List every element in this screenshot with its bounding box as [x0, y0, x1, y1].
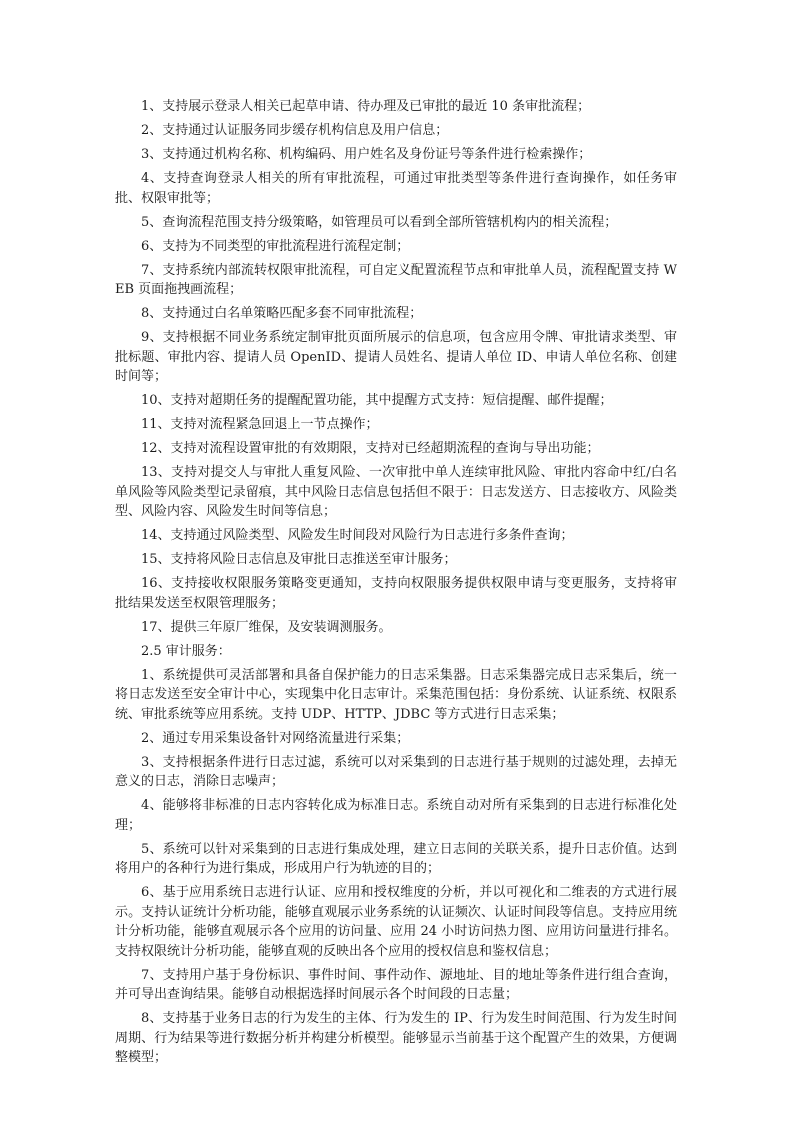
audit-item-3: 3、支持根据条件进行日志过滤，系统可以对采集到的日志进行基于规则的过滤处理，去掉…: [115, 753, 677, 792]
approval-item-2: 2、支持通过认证服务同步缓存机构信息及用户信息；: [115, 121, 677, 141]
document-page: 1、支持展示登录人相关已起草申请、待办理及已审批的最近 10 条审批流程； 2、…: [115, 97, 677, 1072]
approval-item-4: 4、支持查询登录人相关的所有审批流程，可通过审批类型等条件进行查询操作，如任务审…: [115, 169, 677, 208]
audit-item-4: 4、能够将非标准的日志内容转化成为标准日志。系统自动对所有采集到的日志进行标准化…: [115, 796, 677, 835]
approval-item-11: 11、支持对流程紧急回退上一节点操作；: [115, 415, 677, 435]
approval-item-6: 6、支持为不同类型的审批流程进行流程定制；: [115, 237, 677, 257]
approval-item-3: 3、支持通过机构名称、机构编码、用户姓名及身份证号等条件进行检索操作；: [115, 145, 677, 165]
approval-item-16: 16、支持接收权限服务策略变更通知，支持向权限服务提供权限申请与变更服务，支持将…: [115, 574, 677, 613]
approval-item-10: 10、支持对超期任务的提醒配置功能，其中提醒方式支持：短信提醒、邮件提醒；: [115, 391, 677, 411]
audit-item-8: 8、支持基于业务日志的行为发生的主体、行为发生的 IP、行为发生时间范围、行为发…: [115, 1009, 677, 1068]
approval-item-12: 12、支持对流程设置审批的有效期限，支持对已经超期流程的查询与导出功能；: [115, 439, 677, 459]
approval-item-14: 14、支持通过风险类型、风险发生时间段对风险行为日志进行多条件查询；: [115, 526, 677, 546]
approval-item-13: 13、支持对提交人与审批人重复风险、一次审批中单人连续审批风险、审批内容命中红/…: [115, 463, 677, 522]
audit-item-2: 2、通过专用采集设备针对网络流量进行采集；: [115, 729, 677, 749]
approval-item-5: 5、查询流程范围支持分级策略，如管理员可以看到全部所管辖机构内的相关流程；: [115, 213, 677, 233]
approval-item-15: 15、支持将风险日志信息及审批日志推送至审计服务；: [115, 550, 677, 570]
approval-item-17: 17、提供三年原厂维保，及安装调测服务。: [115, 618, 677, 638]
audit-item-5: 5、系统可以针对采集到的日志进行集成处理，建立日志间的关联关系，提升日志价值。达…: [115, 840, 677, 879]
approval-item-9: 9、支持根据不同业务系统定制审批页面所展示的信息项，包含应用令牌、审批请求类型、…: [115, 328, 677, 387]
approval-item-1: 1、支持展示登录人相关已起草申请、待办理及已审批的最近 10 条审批流程；: [115, 97, 677, 117]
audit-item-6: 6、基于应用系统日志进行认证、应用和授权维度的分析，并以可视化和二维表的方式进行…: [115, 883, 677, 961]
approval-item-7: 7、支持系统内部流转权限审批流程，可自定义配置流程节点和审批单人员，流程配置支持…: [115, 261, 677, 300]
section-heading-audit: 2.5 审计服务：: [115, 642, 677, 662]
audit-item-7: 7、支持用户基于身份标识、事件时间、事件动作、源地址、目的地址等条件进行组合查询…: [115, 966, 677, 1005]
approval-item-8: 8、支持通过白名单策略匹配多套不同审批流程；: [115, 304, 677, 324]
audit-item-1: 1、系统提供可灵活部署和具备自保护能力的日志采集器。日志采集器完成日志采集后，统…: [115, 666, 677, 725]
